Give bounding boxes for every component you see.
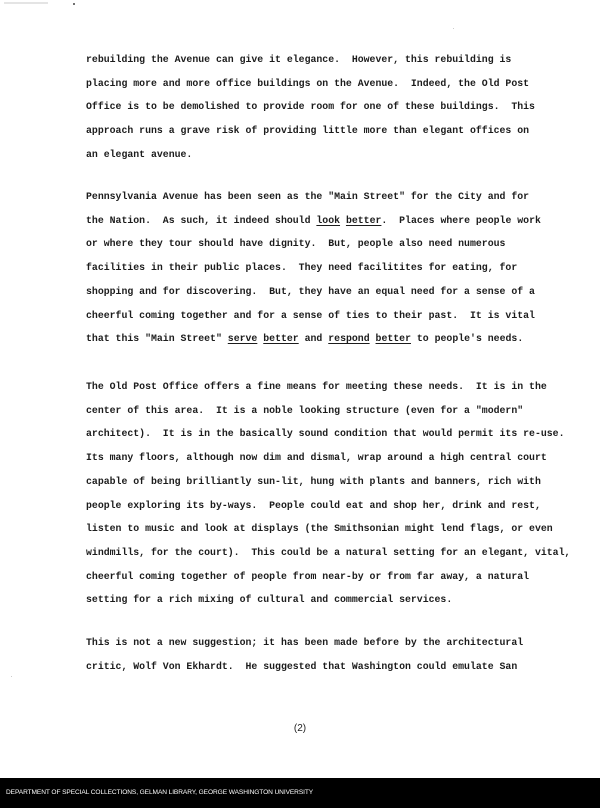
text-line: facilities in their public places. They … <box>86 262 517 274</box>
text-run: the Nation. As such, it indeed should <box>86 215 316 226</box>
text-run: Its many floors, although now dim and di… <box>86 452 547 463</box>
text-run: setting for a rich mixing of cultural an… <box>86 594 452 605</box>
text-line: listen to music and look at displays (th… <box>86 523 553 535</box>
text-run: center of this area. It is a noble looki… <box>86 405 523 416</box>
text-line: placing more and more office buildings o… <box>86 78 529 90</box>
text-line: or where they tour should have dignity. … <box>86 238 505 250</box>
text-line: shopping and for discovering. But, they … <box>86 286 535 298</box>
underlined-phrase: look <box>316 215 340 226</box>
text-line: cheerful coming together and for a sense… <box>86 310 535 322</box>
underlined-phrase: better <box>346 215 381 226</box>
scanned-page: rebuilding the Avenue can give it elegan… <box>0 0 600 778</box>
text-run: cheerful coming together and for a sense… <box>86 310 535 321</box>
text-line: Its many floors, although now dim and di… <box>86 452 547 464</box>
text-line: that this "Main Street" serve better and… <box>86 333 523 345</box>
text-run: shopping and for discovering. But, they … <box>86 286 535 297</box>
text-line: The Old Post Office offers a fine means … <box>86 381 547 393</box>
text-line: capable of being brilliantly sun-lit, hu… <box>86 476 541 488</box>
text-line: an elegant avenue. <box>86 149 192 161</box>
text-run: facilities in their public places. They … <box>86 262 517 273</box>
text-run: cheerful coming together of people from … <box>86 571 529 582</box>
underlined-phrase: respond <box>328 333 369 344</box>
text-line: Pennsylvania Avenue has been seen as the… <box>86 191 529 203</box>
text-line: cheerful coming together of people from … <box>86 571 529 583</box>
scan-artifact <box>4 2 48 4</box>
text-run: approach runs a grave risk of providing … <box>86 125 529 136</box>
underlined-phrase: better <box>376 333 411 344</box>
archive-credit: DEPARTMENT OF SPECIAL COLLECTIONS, GELMA… <box>6 789 313 796</box>
text-run: rebuilding the Avenue can give it elegan… <box>86 54 511 65</box>
text-run: Office is to be demolished to provide ro… <box>86 101 535 112</box>
scan-speck <box>11 676 12 677</box>
text-run: capable of being brilliantly sun-lit, hu… <box>86 476 541 487</box>
text-line: rebuilding the Avenue can give it elegan… <box>86 54 511 66</box>
text-line: setting for a rich mixing of cultural an… <box>86 594 452 606</box>
text-run: Pennsylvania Avenue has been seen as the… <box>86 191 529 202</box>
text-line: people exploring its by-ways. People cou… <box>86 500 541 512</box>
text-run: people exploring its by-ways. People cou… <box>86 500 541 511</box>
text-line: approach runs a grave risk of providing … <box>86 125 529 137</box>
text-line: architect). It is in the basically sound… <box>86 428 564 440</box>
text-run: windmills, for the court). This could be… <box>86 547 570 558</box>
page-number: (2) <box>0 723 600 734</box>
underlined-phrase: serve <box>228 333 258 344</box>
scan-speck <box>453 28 454 29</box>
text-line: the Nation. As such, it indeed should lo… <box>86 215 541 227</box>
text-line: Office is to be demolished to provide ro… <box>86 101 535 113</box>
text-run: The Old Post Office offers a fine means … <box>86 381 547 392</box>
text-run: critic, Wolf Von Ekhardt. He suggested t… <box>86 661 517 672</box>
text-run: or where they tour should have dignity. … <box>86 238 505 249</box>
text-run: . Places where people work <box>381 215 541 226</box>
text-line: windmills, for the court). This could be… <box>86 547 570 559</box>
underlined-phrase: better <box>263 333 298 344</box>
text-run: architect). It is in the basically sound… <box>86 428 564 439</box>
text-run: and <box>299 333 329 344</box>
text-run: listen to music and look at displays (th… <box>86 523 553 534</box>
text-run: placing more and more office buildings o… <box>86 78 529 89</box>
archive-footer-bar: DEPARTMENT OF SPECIAL COLLECTIONS, GELMA… <box>0 778 600 808</box>
text-line: critic, Wolf Von Ekhardt. He suggested t… <box>86 661 517 673</box>
text-line: This is not a new suggestion; it has bee… <box>86 637 523 649</box>
text-run: an elegant avenue. <box>86 149 192 160</box>
scan-speck <box>73 3 75 5</box>
text-run: that this "Main Street" <box>86 333 228 344</box>
text-run: This is not a new suggestion; it has bee… <box>86 637 523 648</box>
text-run: to people's needs. <box>411 333 523 344</box>
text-line: center of this area. It is a noble looki… <box>86 405 523 417</box>
